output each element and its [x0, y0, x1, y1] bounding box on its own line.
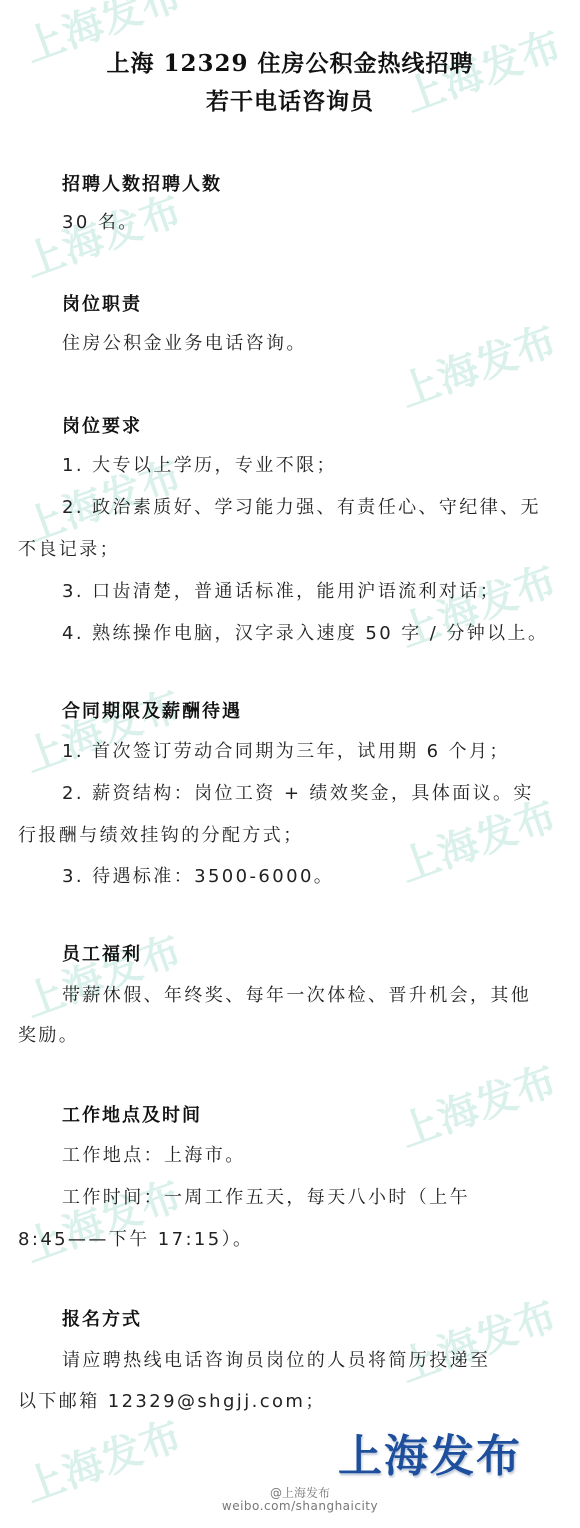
- watermark-text: 上海发布: [15, 1404, 189, 1514]
- requirement-2: 2. 政治素质好、学习能力强、有责任心、守纪律、无: [62, 493, 541, 519]
- title-line-2: 若干电话咨询员: [0, 83, 580, 116]
- watermark-text: 上海发布: [390, 309, 564, 419]
- apply-line-2: 以下邮箱 12329@shgjj.com；: [18, 1387, 326, 1413]
- watermark-text: 上海发布: [15, 919, 189, 1029]
- section-heading-contract: 合同期限及薪酬待遇: [62, 697, 242, 723]
- contract-3: 3. 待遇标准：3500-6000。: [62, 862, 334, 888]
- work-location: 工作地点：上海市。: [62, 1141, 246, 1167]
- requirement-3: 3. 口齿清楚，普通话标准，能用沪语流利对话；: [62, 577, 500, 603]
- section-heading-location-time: 工作地点及时间: [62, 1101, 202, 1127]
- shanghai-fabu-logo: 上海发布: [338, 1420, 522, 1484]
- section-heading-requirements: 岗位要求: [62, 412, 142, 438]
- benefits-line-2: 奖励。: [18, 1021, 79, 1047]
- requirement-4: 4. 熟练操作电脑，汉字录入速度 50 字 / 分钟以上。: [62, 619, 548, 645]
- section-heading-apply: 报名方式: [62, 1305, 142, 1331]
- headcount-text: 30 名。: [62, 208, 139, 234]
- contract-2: 2. 薪资结构：岗位工资 + 绩效奖金，具体面议。实: [62, 779, 534, 805]
- requirement-1: 1. 大专以上学历，专业不限；: [62, 451, 337, 477]
- benefits-line-1: 带薪休假、年终奖、每年一次体检、晋升机会，其他: [62, 981, 531, 1007]
- watermark-text: 上海发布: [390, 1284, 564, 1394]
- weibo-url: weibo.com/shanghaicity: [200, 1499, 400, 1513]
- watermark-text: 上海发布: [390, 1049, 564, 1159]
- contract-2-cont: 行报酬与绩效挂钩的分配方式；: [18, 821, 304, 847]
- work-hours-cont: 8:45——下午 17:15）。: [18, 1225, 253, 1251]
- watermark-text: 上海发布: [15, 1164, 189, 1274]
- duties-text: 住房公积金业务电话咨询。: [62, 329, 307, 355]
- section-heading-headcount: 招聘人数招聘人数: [62, 170, 222, 196]
- watermark-text: 上海发布: [15, 674, 189, 784]
- title-line-1: 上海 12329 住房公积金热线招聘: [0, 45, 580, 78]
- work-hours: 工作时间：一周工作五天，每天八小时（上午: [62, 1183, 470, 1209]
- requirement-2-cont: 不良记录；: [18, 535, 120, 561]
- contract-1: 1. 首次签订劳动合同期为三年，试用期 6 个月；: [62, 737, 510, 763]
- section-heading-duties: 岗位职责: [62, 290, 142, 316]
- apply-line-1: 请应聘热线电话咨询员岗位的人员将简历投递至: [62, 1346, 490, 1372]
- section-heading-benefits: 员工福利: [62, 940, 142, 966]
